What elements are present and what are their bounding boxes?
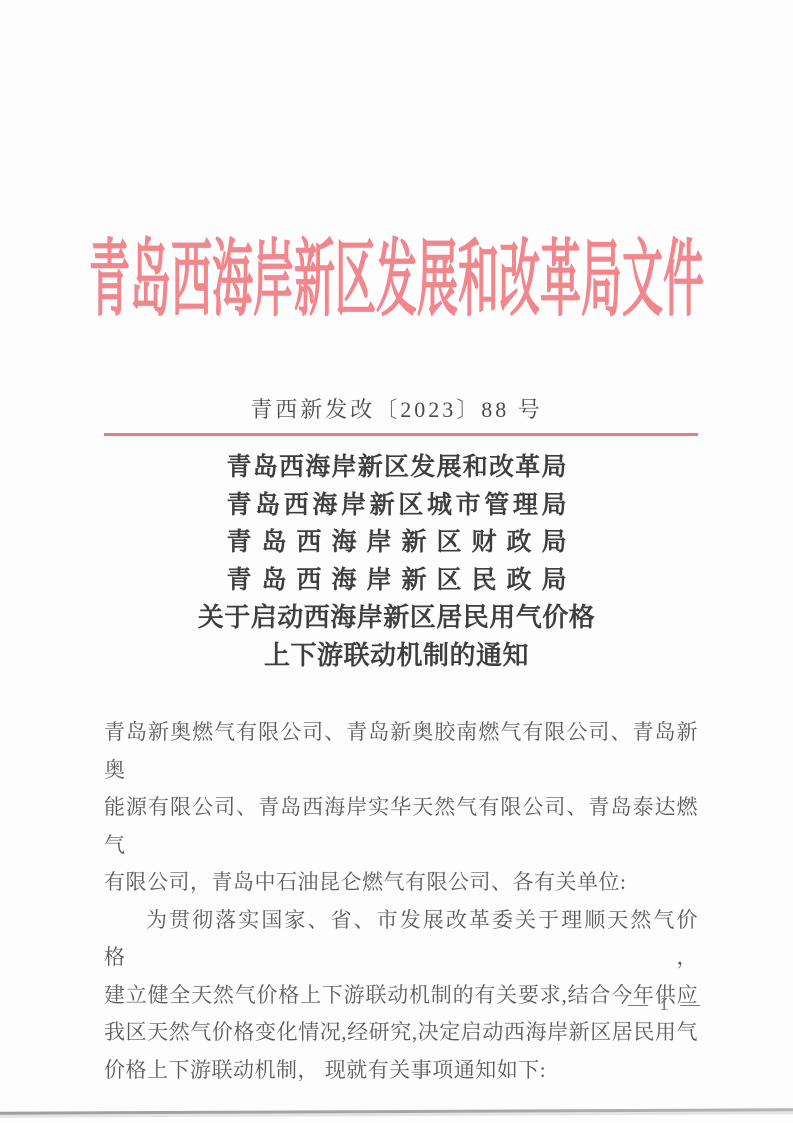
notice-title-line-2: 上下游联动机制的通知 bbox=[0, 637, 793, 675]
agency-line-2: 青岛西海岸新区城市管理局 bbox=[227, 487, 567, 525]
red-divider-rule bbox=[104, 433, 698, 436]
agency-line-3: 青岛西海岸新区财政局 bbox=[227, 524, 567, 562]
letterhead-title: 青岛西海岸新区发展和改革局文件 bbox=[0, 234, 793, 324]
document-page: 青岛西海岸新区发展和改革局文件 青西新发改〔2023〕88 号 青岛西海岸新区发… bbox=[0, 0, 793, 1123]
title-block: 青岛西海岸新区发展和改革局 青岛西海岸新区城市管理局 青岛西海岸新区财政局 青岛… bbox=[0, 449, 793, 674]
addressee-line: 能源有限公司、青岛西海岸实华天然气有限公司、青岛泰达燃气 bbox=[104, 789, 698, 864]
paragraph-line: 价格上下游联动机制， 现就有关事项通知如下: bbox=[104, 1052, 698, 1090]
agency-line-1: 青岛西海岸新区发展和改革局 bbox=[227, 449, 567, 487]
paragraph-line: 建立健全天然气价格上下游联动机制的有关要求,结合今年供应 bbox=[104, 977, 698, 1015]
addressee-line: 有限公司，青岛中石油昆仑燃气有限公司、各有关单位: bbox=[104, 864, 698, 902]
paragraph-line: 为贯彻落实国家、省、市发展改革委关于理顺天然气价格， bbox=[104, 902, 698, 977]
body-text: 青岛新奥燃气有限公司、青岛新奥胶南燃气有限公司、青岛新奥 能源有限公司、青岛西海… bbox=[104, 714, 698, 1089]
notice-title-line-1: 关于启动西海岸新区居民用气价格 bbox=[0, 599, 793, 637]
addressee-line: 青岛新奥燃气有限公司、青岛新奥胶南燃气有限公司、青岛新奥 bbox=[104, 714, 698, 789]
page-number: — 1 — bbox=[628, 993, 703, 1016]
agency-line-4: 青岛西海岸新区民政局 bbox=[227, 562, 567, 600]
document-number: 青西新发改〔2023〕88 号 bbox=[0, 393, 793, 424]
paragraph-line: 我区天然气价格变化情况,经研究,决定启动西海岸新区居民用气 bbox=[104, 1014, 698, 1052]
